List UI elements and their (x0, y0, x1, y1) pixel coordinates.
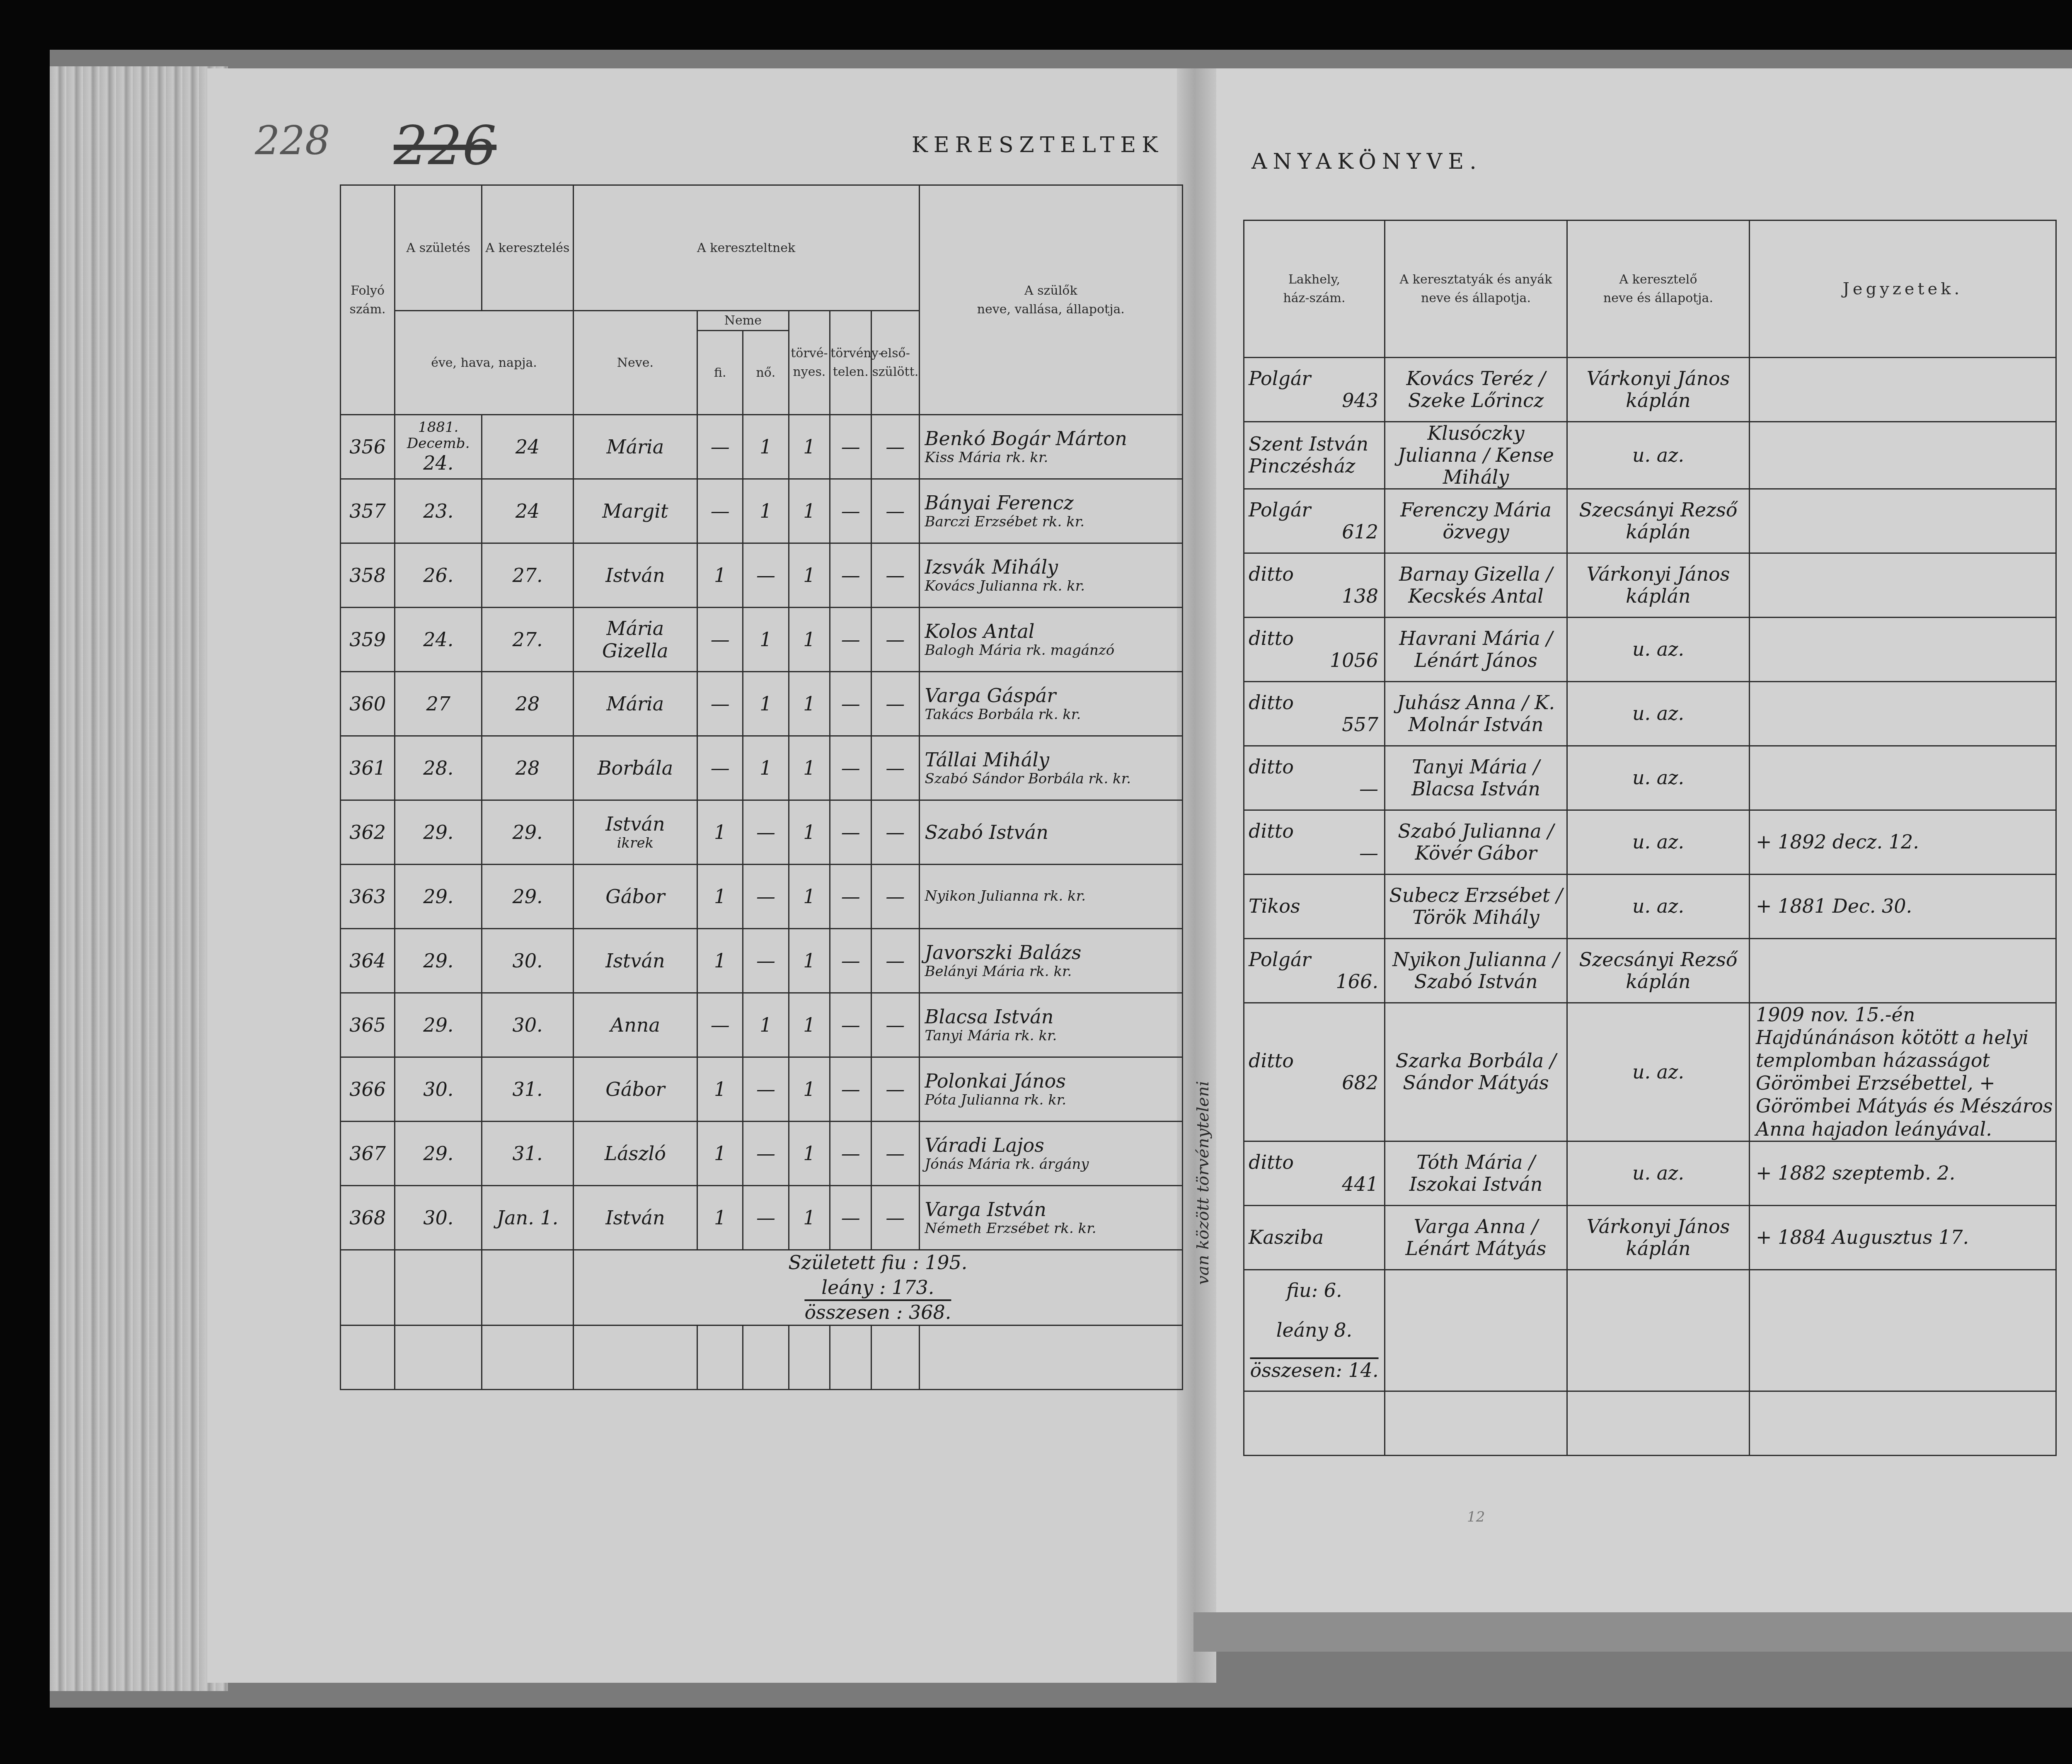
empty-cell (1750, 1391, 2056, 1455)
birth-day: 29. (395, 950, 481, 972)
illegitimate: — (830, 608, 871, 672)
child-name-text: Gábor (605, 885, 665, 908)
baptism-date: 28 (482, 736, 574, 800)
child-name: Istvánikrek (573, 800, 697, 865)
birth-date: 28. (395, 736, 482, 800)
residence: ditto682 (1244, 1003, 1385, 1141)
birth-day: 30. (395, 1207, 481, 1229)
residence-place: Polgár (1244, 368, 1384, 390)
father-name: Blacsa István (925, 1006, 1182, 1028)
legitimate: 1 (789, 543, 830, 608)
illegitimate: — (830, 1122, 871, 1186)
birth-day: 27 (395, 693, 481, 715)
illegitimate: — (830, 736, 871, 800)
page-bottom-edge (1193, 1612, 2072, 1652)
empty-cell (573, 1325, 697, 1390)
child-name-text: Borbála (598, 757, 673, 779)
empty-cell (482, 1250, 574, 1325)
empty-cell (482, 1325, 574, 1390)
register-row: Polgár612Ferenczy Mária özvegySzecsányi … (1244, 489, 2056, 553)
illegitimate: — (830, 1186, 871, 1250)
godparents: Havrani Mária / Lénárt János (1385, 617, 1567, 681)
residence-place: Kasziba (1244, 1226, 1384, 1248)
stray-pencil-mark: 12 (1467, 1509, 1485, 1525)
child-name-text: István (605, 564, 665, 586)
register-row: ditto—Tanyi Mária / Blacsa Istvánu. az. (1244, 746, 2056, 810)
legitimate: 1 (789, 608, 830, 672)
residence-place: ditto (1244, 1151, 1384, 1173)
register-row: ditto557Juhász Anna / K. Molnár Istvánu.… (1244, 681, 2056, 746)
parents: Váradi LajosJónás Mária rk. árgány (919, 1122, 1182, 1186)
residence-place: Polgár (1244, 499, 1384, 521)
residence-place: Tikos (1244, 895, 1384, 917)
header-elsoszulott: első-szülött. (871, 311, 920, 415)
note (1750, 422, 2056, 489)
register-row: 36729.31.László1—1——Váradi LajosJónás Má… (341, 1122, 1183, 1186)
header-szulok-title: A szülők (920, 281, 1182, 300)
entry-number: 368 (341, 1186, 395, 1250)
sex-female: — (743, 1057, 789, 1122)
child-name-text: István (605, 813, 665, 835)
father-name: Polonkai János (925, 1070, 1182, 1092)
child-name-text: Mária Gizella (602, 617, 668, 662)
priest: u. az. (1567, 874, 1750, 938)
sex-male: — (697, 415, 743, 479)
father-name: Bányai Ferencz (925, 492, 1182, 514)
residence: Polgár943 (1244, 358, 1385, 422)
illegit-all: összesen: 14. (1244, 1350, 1384, 1391)
child-name: István (573, 1186, 697, 1250)
header-keresztszulok: A keresztatyák és anyák neve és állapotj… (1385, 220, 1567, 358)
residence-place: ditto (1244, 628, 1384, 649)
empty-cell (1385, 1270, 1567, 1391)
child-name: Mária (573, 415, 697, 479)
sex-male: 1 (697, 543, 743, 608)
godparents: Ferenczy Mária özvegy (1385, 489, 1567, 553)
parents: Nyikon Julianna rk. kr. (919, 865, 1182, 929)
sex-male: 1 (697, 1122, 743, 1186)
sex-female: — (743, 1122, 789, 1186)
sex-female: — (743, 929, 789, 993)
header-keresztelo: A keresztelő neve és állapotja. (1567, 220, 1750, 358)
empty-cell (341, 1250, 395, 1325)
header-lakhely-title: Lakhely, (1244, 270, 1384, 289)
sex-male: — (697, 736, 743, 800)
empty-cell (1244, 1391, 1385, 1455)
child-name-text: Margit (602, 500, 668, 522)
birth-date: 23. (395, 479, 482, 543)
header-kereszteltnek: A kereszteltnek (573, 185, 919, 311)
firstborn: — (871, 865, 920, 929)
mother-name: Takács Borbála rk. kr. (925, 707, 1182, 723)
empty-cell (1567, 1391, 1750, 1455)
firstborn: — (871, 929, 920, 993)
firstborn: — (871, 736, 920, 800)
register-row: 36630.31.Gábor1—1——Polonkai JánosPóta Ju… (341, 1057, 1183, 1122)
godparents: Szarka Borbála / Sándor Mátyás (1385, 1003, 1567, 1141)
twins-label: ikrek (574, 835, 697, 851)
residence: ditto557 (1244, 681, 1385, 746)
entry-number: 359 (341, 608, 395, 672)
priest: u. az. (1567, 746, 1750, 810)
father-name: Varga István (925, 1198, 1182, 1221)
priest: u. az. (1567, 810, 1750, 874)
note (1750, 746, 2056, 810)
folio-number-old: 228 (255, 118, 330, 164)
mother-name: Barczi Erzsébet rk. kr. (925, 514, 1182, 530)
header-no: nő. (743, 331, 789, 415)
baptism-date: 28 (482, 672, 574, 736)
register-row: 36128.28Borbála—11——Tállai MihálySzabó S… (341, 736, 1183, 800)
mother-name: Németh Erzsébet rk. kr. (925, 1221, 1182, 1237)
father-name: Tállai Mihály (925, 749, 1182, 771)
entry-number: 366 (341, 1057, 395, 1122)
child-name: Gábor (573, 1057, 697, 1122)
empty-cell (830, 1325, 871, 1390)
register-row: 35924.27.Mária Gizella—11——Kolos AntalBa… (341, 608, 1183, 672)
legitimate: 1 (789, 736, 830, 800)
legitimate: 1 (789, 672, 830, 736)
entry-number: 361 (341, 736, 395, 800)
note (1750, 617, 2056, 681)
mother-name: Nyikon Julianna rk. kr. (925, 888, 1182, 904)
note (1750, 358, 2056, 422)
month-label: Decemb. (395, 436, 481, 452)
baptism-date: Jan. 1. (482, 1186, 574, 1250)
firstborn: — (871, 800, 920, 865)
child-name-text: Anna (610, 1014, 660, 1036)
sex-female: — (743, 800, 789, 865)
priest: Várkonyi János káplán (1567, 553, 1750, 617)
sex-female: — (743, 865, 789, 929)
totals-boys: fiu : 195. (881, 1251, 967, 1274)
header-lakhely: Lakhely, ház-szám. (1244, 220, 1385, 358)
empty-cell (871, 1325, 920, 1390)
birth-day: 29. (395, 821, 481, 843)
residence-place: ditto (1244, 820, 1384, 842)
godparents: Subecz Erzsébet / Török Mihály (1385, 874, 1567, 938)
birth-date: 29. (395, 993, 482, 1057)
header-keresztelo-sub: neve és állapotja. (1568, 289, 1749, 308)
priest: Várkonyi János káplán (1567, 1205, 1750, 1270)
empty-cell (1385, 1391, 1567, 1455)
sex-male: 1 (697, 929, 743, 993)
header-torvenyes: törvé-nyes. (789, 311, 830, 415)
birth-date: 29. (395, 1122, 482, 1186)
birth-date: 29. (395, 929, 482, 993)
parents: Izsvák MihályKovács Julianna rk. kr. (919, 543, 1182, 608)
godparents: Nyikon Julianna / Szabó István (1385, 938, 1567, 1003)
register-row: 36329.29.Gábor1—1——Nyikon Julianna rk. k… (341, 865, 1183, 929)
residence: ditto— (1244, 810, 1385, 874)
totals-row: fiu: 6.leány 8.összesen: 14. (1244, 1270, 2056, 1391)
birth-date: 30. (395, 1057, 482, 1122)
child-name: István (573, 543, 697, 608)
totals-label: Született (788, 1251, 875, 1274)
legitimate: 1 (789, 929, 830, 993)
register-row: ditto682Szarka Borbála / Sándor Mátyásu.… (1244, 1003, 2056, 1141)
parents: Szabó István (919, 800, 1182, 865)
baptism-date: 29. (482, 800, 574, 865)
header-neme: Neme (697, 311, 789, 331)
note: + 1892 decz. 12. (1750, 810, 2056, 874)
entry-number: 360 (341, 672, 395, 736)
page-title-left: KERESZTELTEK (912, 133, 1164, 157)
house-number: 166. (1244, 971, 1384, 993)
register-row: Polgár943Kovács Teréz / Szeke LőrinczVár… (1244, 358, 2056, 422)
header-torvenytelen: törvény-telen. (830, 311, 871, 415)
register-row: ditto1056Havrani Mária / Lénárt Jánosu. … (1244, 617, 2056, 681)
godparents: Szabó Julianna / Kövér Gábor (1385, 810, 1567, 874)
birth-day: 26. (395, 564, 481, 586)
register-row: 35826.27.István1—1——Izsvák MihályKovács … (341, 543, 1183, 608)
mother-name: Belányi Mária rk. kr. (925, 964, 1182, 980)
mother-name: Póta Julianna rk. kr. (925, 1092, 1182, 1108)
legitimate: 1 (789, 479, 830, 543)
register-row: ditto—Szabó Julianna / Kövér Gáboru. az.… (1244, 810, 2056, 874)
house-number: 682 (1244, 1072, 1384, 1094)
residence: Tikos (1244, 874, 1385, 938)
firstborn: — (871, 672, 920, 736)
birth-day: 29. (395, 885, 481, 908)
birth-date: 29. (395, 800, 482, 865)
baptism-register-left: Folyó szám. A születés A keresztelés A k… (340, 184, 1183, 1390)
birth-date: 30. (395, 1186, 482, 1250)
sex-female: 1 (743, 479, 789, 543)
parents: Varga IstvánNémeth Erzsébet rk. kr. (919, 1186, 1182, 1250)
empty-cell (395, 1250, 482, 1325)
residence: Kasziba (1244, 1205, 1385, 1270)
legitimate: 1 (789, 1186, 830, 1250)
header-szulok-sub: neve, vallása, állapotja. (920, 300, 1182, 319)
father-name: Kolos Antal (925, 620, 1182, 642)
parents: Javorszki BalázsBelányi Mária rk. kr. (919, 929, 1182, 993)
totals-row: Született fiu : 195.leány : 173.összesen… (341, 1250, 1183, 1325)
illegitimate: — (830, 543, 871, 608)
house-number: — (1244, 778, 1384, 800)
house-number: 943 (1244, 390, 1384, 412)
parents: Kolos AntalBalogh Mária rk. magánzó (919, 608, 1182, 672)
register-row: ditto138Barnay Gizella / Kecskés AntalVá… (1244, 553, 2056, 617)
firstborn: — (871, 1122, 920, 1186)
illegitimate: — (830, 479, 871, 543)
child-name: István (573, 929, 697, 993)
priest: u. az. (1567, 1003, 1750, 1141)
birth-date: 1881.Decemb.24. (395, 415, 482, 479)
empty-cell (919, 1325, 1182, 1390)
residence: ditto— (1244, 746, 1385, 810)
parents: Varga GáspárTakács Borbála rk. kr. (919, 672, 1182, 736)
legitimate: 1 (789, 1122, 830, 1186)
firstborn: — (871, 479, 920, 543)
birth-day: 23. (395, 500, 481, 522)
legitimate: 1 (789, 993, 830, 1057)
child-name: Anna (573, 993, 697, 1057)
register-row: ditto441Tóth Mária / Iszokai Istvánu. az… (1244, 1141, 2056, 1205)
illegitimate: — (830, 865, 871, 929)
firstborn: — (871, 608, 920, 672)
sex-female: 1 (743, 672, 789, 736)
birth-day: 29. (395, 1014, 481, 1036)
sex-female: 1 (743, 736, 789, 800)
register-row: 3602728Mária—11——Varga GáspárTakács Borb… (341, 672, 1183, 736)
register-row: 36429.30.István1—1——Javorszki BalázsBelá… (341, 929, 1183, 993)
entry-number: 357 (341, 479, 395, 543)
father-name: Benkó Bogár Márton (925, 427, 1182, 450)
godparents: Juhász Anna / K. Molnár István (1385, 681, 1567, 746)
priest: Várkonyi János káplán (1567, 358, 1750, 422)
sex-male: — (697, 672, 743, 736)
father-name: Varga Gáspár (925, 684, 1182, 707)
sex-male: 1 (697, 1057, 743, 1122)
gutter-margin-note: van között törvényteleni (1193, 1081, 1213, 1285)
sex-male: — (697, 993, 743, 1057)
baptism-date: 27. (482, 543, 574, 608)
illegitimate: — (830, 672, 871, 736)
totals-all: összesen : 368. (574, 1300, 1182, 1325)
sex-female: — (743, 543, 789, 608)
register-row: Szent István PinczésházKlusóczky Juliann… (1244, 422, 2056, 489)
illegit-girls: leány 8. (1244, 1310, 1384, 1350)
header-szulok: A szülők neve, vallása, állapotja. (919, 185, 1182, 415)
priest: u. az. (1567, 681, 1750, 746)
entry-number: 358 (341, 543, 395, 608)
empty-cell (1567, 1270, 1750, 1391)
child-name: Borbála (573, 736, 697, 800)
father-name: Szabó István (925, 821, 1182, 843)
child-name-text: Gábor (605, 1078, 665, 1100)
residence-place: Szent István Pinczésház (1244, 433, 1384, 477)
birth-date: 29. (395, 865, 482, 929)
blank-row (1244, 1391, 2056, 1455)
folio-number-crossed: 226 (394, 114, 496, 177)
godparents: Tóth Mária / Iszokai István (1385, 1141, 1567, 1205)
mother-name: Kovács Julianna rk. kr. (925, 578, 1182, 594)
baptism-date: 30. (482, 993, 574, 1057)
birth-day: 29. (395, 1142, 481, 1165)
illegitimate: — (830, 993, 871, 1057)
header-folyo-szam: Folyó szám. (341, 185, 395, 415)
note (1750, 553, 2056, 617)
child-name: László (573, 1122, 697, 1186)
sex-female: 1 (743, 415, 789, 479)
entry-number: 362 (341, 800, 395, 865)
empty-cell (697, 1325, 743, 1390)
register-row: 35723.24Margit—11——Bányai FerenczBarczi … (341, 479, 1183, 543)
residence-place: ditto (1244, 563, 1384, 585)
entry-number: 363 (341, 865, 395, 929)
residence: Szent István Pinczésház (1244, 422, 1385, 489)
note: + 1884 Augusztus 17. (1750, 1205, 2056, 1270)
legitimate: 1 (789, 1057, 830, 1122)
legitimate: 1 (789, 800, 830, 865)
residence: Polgár166. (1244, 938, 1385, 1003)
register-row: KaszibaVarga Anna / Lénárt MátyásVárkony… (1244, 1205, 2056, 1270)
baptism-date: 31. (482, 1122, 574, 1186)
house-number: 1056 (1244, 649, 1384, 671)
birth-date: 24. (395, 608, 482, 672)
header-keresztszulok-sub: neve és állapotja. (1385, 289, 1566, 308)
blank-row (341, 1325, 1183, 1390)
empty-cell (789, 1325, 830, 1390)
sex-female: — (743, 1186, 789, 1250)
header-date-sub: éve, hava, napja. (395, 311, 574, 415)
legitimate: 1 (789, 865, 830, 929)
priest: Szecsányi Rezső káplán (1567, 938, 1750, 1003)
header-neve: Neve. (573, 311, 697, 415)
parents: Benkó Bogár MártonKiss Mária rk. kr. (919, 415, 1182, 479)
firstborn: — (871, 1186, 920, 1250)
entry-number: 367 (341, 1122, 395, 1186)
parents: Blacsa IstvánTanyi Mária rk. kr. (919, 993, 1182, 1057)
sex-male: — (697, 479, 743, 543)
child-name-text: Mária (607, 693, 664, 715)
entry-number: 364 (341, 929, 395, 993)
header-keresztszulok-title: A keresztatyák és anyák (1385, 270, 1566, 289)
legitimate: 1 (789, 415, 830, 479)
page-edges (50, 66, 228, 1691)
residence: ditto441 (1244, 1141, 1385, 1205)
priest: u. az. (1567, 1141, 1750, 1205)
entry-number: 356 (341, 415, 395, 479)
totals-girls: leány : 173. (574, 1275, 1182, 1300)
header-fi: fi. (697, 331, 743, 415)
birth-day: 24. (395, 628, 481, 651)
house-number: 441 (1244, 1173, 1384, 1195)
baptism-date: 30. (482, 929, 574, 993)
register-row: 36229.29.Istvánikrek1—1——Szabó István (341, 800, 1183, 865)
birth-date: 26. (395, 543, 482, 608)
residence-place: ditto (1244, 692, 1384, 714)
illegitimate: — (830, 929, 871, 993)
empty-cell (395, 1325, 482, 1390)
priest: Szecsányi Rezső káplán (1567, 489, 1750, 553)
illegitimate: — (830, 1057, 871, 1122)
house-number: 557 (1244, 714, 1384, 736)
register-row: Polgár166.Nyikon Julianna / Szabó István… (1244, 938, 2056, 1003)
birth-day: 24. (395, 452, 481, 474)
sex-male: — (697, 608, 743, 672)
register-row: 3561881.Decemb.24.24Mária—11——Benkó Bogá… (341, 415, 1183, 479)
baptism-date: 29. (482, 865, 574, 929)
godparents: Varga Anna / Lénárt Mátyás (1385, 1205, 1567, 1270)
child-name: Gábor (573, 865, 697, 929)
godparents: Kovács Teréz / Szeke Lőrincz (1385, 358, 1567, 422)
header-jegyzetek: Jegyzetek. (1750, 220, 2056, 358)
firstborn: — (871, 415, 920, 479)
register-row: TikosSubecz Erzsébet / Török Mihályu. az… (1244, 874, 2056, 938)
baptism-register-right: Lakhely, ház-szám. A keresztatyák és any… (1243, 220, 2057, 1456)
parents: Bányai FerenczBarczi Erzsébet rk. kr. (919, 479, 1182, 543)
baptism-date: 27. (482, 608, 574, 672)
child-name-text: István (605, 1207, 665, 1229)
baptism-date: 24 (482, 479, 574, 543)
child-name: Mária Gizella (573, 608, 697, 672)
sex-male: 1 (697, 865, 743, 929)
residence-place: Polgár (1244, 949, 1384, 971)
parents: Tállai MihálySzabó Sándor Borbála rk. kr… (919, 736, 1182, 800)
header-szuletes: A születés (395, 185, 482, 311)
parents: Polonkai JánosPóta Julianna rk. kr. (919, 1057, 1182, 1122)
child-name-text: László (605, 1142, 666, 1165)
sex-female: 1 (743, 993, 789, 1057)
header-keresztelo-title: A keresztelő (1568, 270, 1749, 289)
illegitimate-totals: fiu: 6.leány 8.összesen: 14. (1244, 1270, 1385, 1391)
residence-place: ditto (1244, 1050, 1384, 1072)
note: 1909 nov. 15.-én Hajdúnánáson kötött a h… (1750, 1003, 2056, 1141)
sex-male: 1 (697, 800, 743, 865)
mother-name: Kiss Mária rk. kr. (925, 450, 1182, 466)
